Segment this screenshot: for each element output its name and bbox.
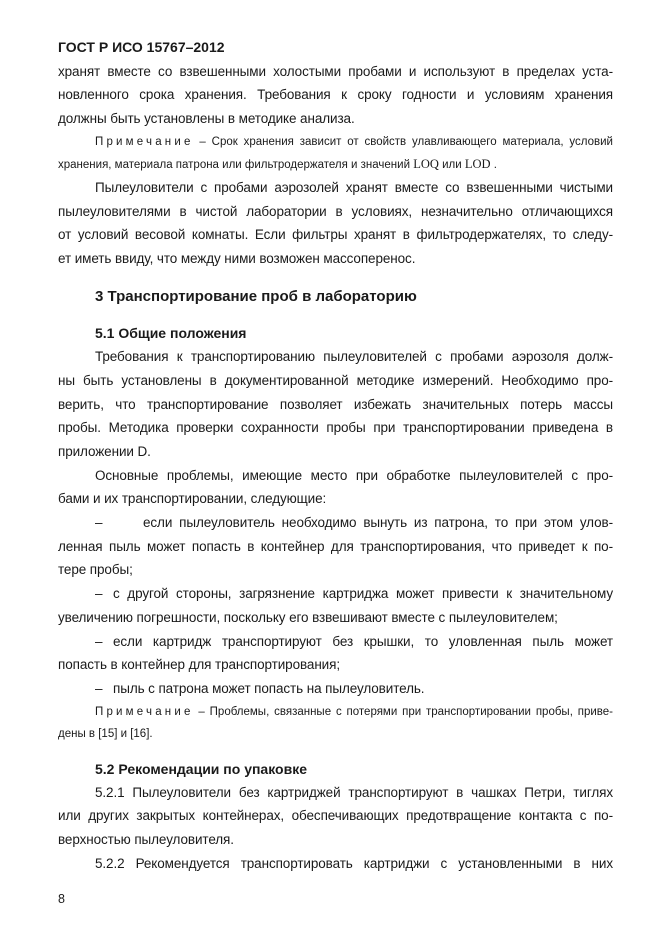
paragraph: Пылеуловители с пробами аэрозолей хранят… <box>58 176 613 271</box>
note-label: Примечание <box>95 136 194 148</box>
list-text: если картридж транспортируют без крышки,… <box>113 634 613 649</box>
text-line: хранят вместе со взвешенными холостыми п… <box>58 60 613 84</box>
document-content: ГОСТ Р ИСО 15767–2012хранят вместе со вз… <box>58 36 613 909</box>
text-line: приложении D. <box>58 440 613 464</box>
text-line: 5.1 Общие положения <box>58 321 613 345</box>
paragraph: 5.2.1 Пылеуловители без картриджей транс… <box>58 781 613 852</box>
text-line: увеличению погрешности, поскольку его вз… <box>58 606 613 630</box>
paragraph: 5.2.2 Рекомендуется транспортировать кар… <box>58 852 613 876</box>
text-line: от условий весовой комнаты. Если фильтры… <box>58 223 613 247</box>
text-line: ленная пыль может попасть в контейнер дл… <box>58 535 613 559</box>
note-label: Примечание <box>95 706 194 718</box>
note-text: – Проблемы, связанные с потерями при тра… <box>194 706 613 718</box>
text-line: тере пробы; <box>58 558 613 582</box>
text-line: ГОСТ Р ИСО 15767–2012 <box>58 36 613 60</box>
text-line: попасть в контейнер для транспортировани… <box>58 653 613 677</box>
note: Примечание – Проблемы, связанные с потер… <box>58 701 613 745</box>
text-line: новленного срока хранения. Требования к … <box>58 83 613 107</box>
text-line: Основные проблемы, имеющие место при обр… <box>58 464 613 488</box>
text-line: –если пылеуловитель необходимо вынуть из… <box>58 511 613 535</box>
page-number: 8 <box>58 889 613 909</box>
note-text: или <box>439 159 465 171</box>
list-dash: – <box>95 630 113 654</box>
note-text: хранения, материала патрона или фильтрод… <box>58 159 413 171</box>
text-line: или других закрытых контейнерах, обеспеч… <box>58 804 613 828</box>
list-dash: – <box>95 511 143 535</box>
paragraph: Основные проблемы, имеющие место при обр… <box>58 464 613 511</box>
list-item: –с другой стороны, загрязнение картриджа… <box>58 582 613 629</box>
text-line: Примечание – Срок хранения зависит от св… <box>58 131 613 153</box>
text-line: 8 <box>58 889 613 909</box>
text-line: Пылеуловители с пробами аэрозолей хранят… <box>58 176 613 200</box>
text-line: пылеуловителями в чистой лаборатории в у… <box>58 200 613 224</box>
list-dash: – <box>95 582 113 606</box>
text-line: дены в [15] и [16]. <box>58 723 613 745</box>
text-line: ны быть установлены в документированной … <box>58 369 613 393</box>
paragraph: Требования к транспортированию пылеулови… <box>58 345 613 464</box>
list-text: с другой стороны, загрязнение картриджа … <box>113 586 613 601</box>
text-line: –с другой стороны, загрязнение картриджа… <box>58 582 613 606</box>
text-line: бами и их транспортировании, следующие: <box>58 487 613 511</box>
list-item: –если пылеуловитель необходимо вынуть из… <box>58 511 613 582</box>
list-text: пыль с патрона может попасть на пылеулов… <box>113 681 424 696</box>
subsection-heading: 5.2 Рекомендации по упаковке <box>58 757 613 781</box>
list-item: –пыль с патрона может попасть на пылеуло… <box>58 677 613 701</box>
abbr-lod: LOD <box>465 157 491 171</box>
text-line: хранения, материала патрона или фильтрод… <box>58 153 613 176</box>
abbr-loq: LOQ <box>413 157 439 171</box>
text-line: 5.2 Рекомендации по упаковке <box>58 757 613 781</box>
subsection-heading: 5.1 Общие положения <box>58 321 613 345</box>
note-text: . <box>491 159 497 171</box>
text-line: ет иметь ввиду, что между ними возможен … <box>58 247 613 271</box>
text-line: –пыль с патрона может попасть на пылеуло… <box>58 677 613 701</box>
paragraph: хранят вместе со взвешенными холостыми п… <box>58 60 613 131</box>
section-heading: 3 Транспортирование проб в лабораторию <box>58 285 613 310</box>
text-line: должны быть установлены в методике анали… <box>58 107 613 131</box>
list-item: –если картридж транспортируют без крышки… <box>58 630 613 677</box>
document-page: ГОСТ Р ИСО 15767–2012хранят вместе со вз… <box>0 0 661 936</box>
text-line: –если картридж транспортируют без крышки… <box>58 630 613 654</box>
list-dash: – <box>95 677 113 701</box>
text-line: Требования к транспортированию пылеулови… <box>58 345 613 369</box>
note: Примечание – Срок хранения зависит от св… <box>58 131 613 176</box>
list-text: если пылеуловитель необходимо вынуть из … <box>143 515 613 530</box>
text-line: пробы. Методика проверки сохранности про… <box>58 416 613 440</box>
doc-header: ГОСТ Р ИСО 15767–2012 <box>58 36 613 60</box>
note-text: – Срок хранения зависит от свойств улавл… <box>194 136 613 148</box>
text-line: верить, что транспортирование позволяет … <box>58 393 613 417</box>
text-line: 3 Транспортирование проб в лабораторию <box>58 285 613 310</box>
text-line: 5.2.2 Рекомендуется транспортировать кар… <box>58 852 613 876</box>
text-line: 5.2.1 Пылеуловители без картриджей транс… <box>58 781 613 805</box>
text-line: Примечание – Проблемы, связанные с потер… <box>58 701 613 723</box>
text-line: верхностью пылеуловителя. <box>58 828 613 852</box>
